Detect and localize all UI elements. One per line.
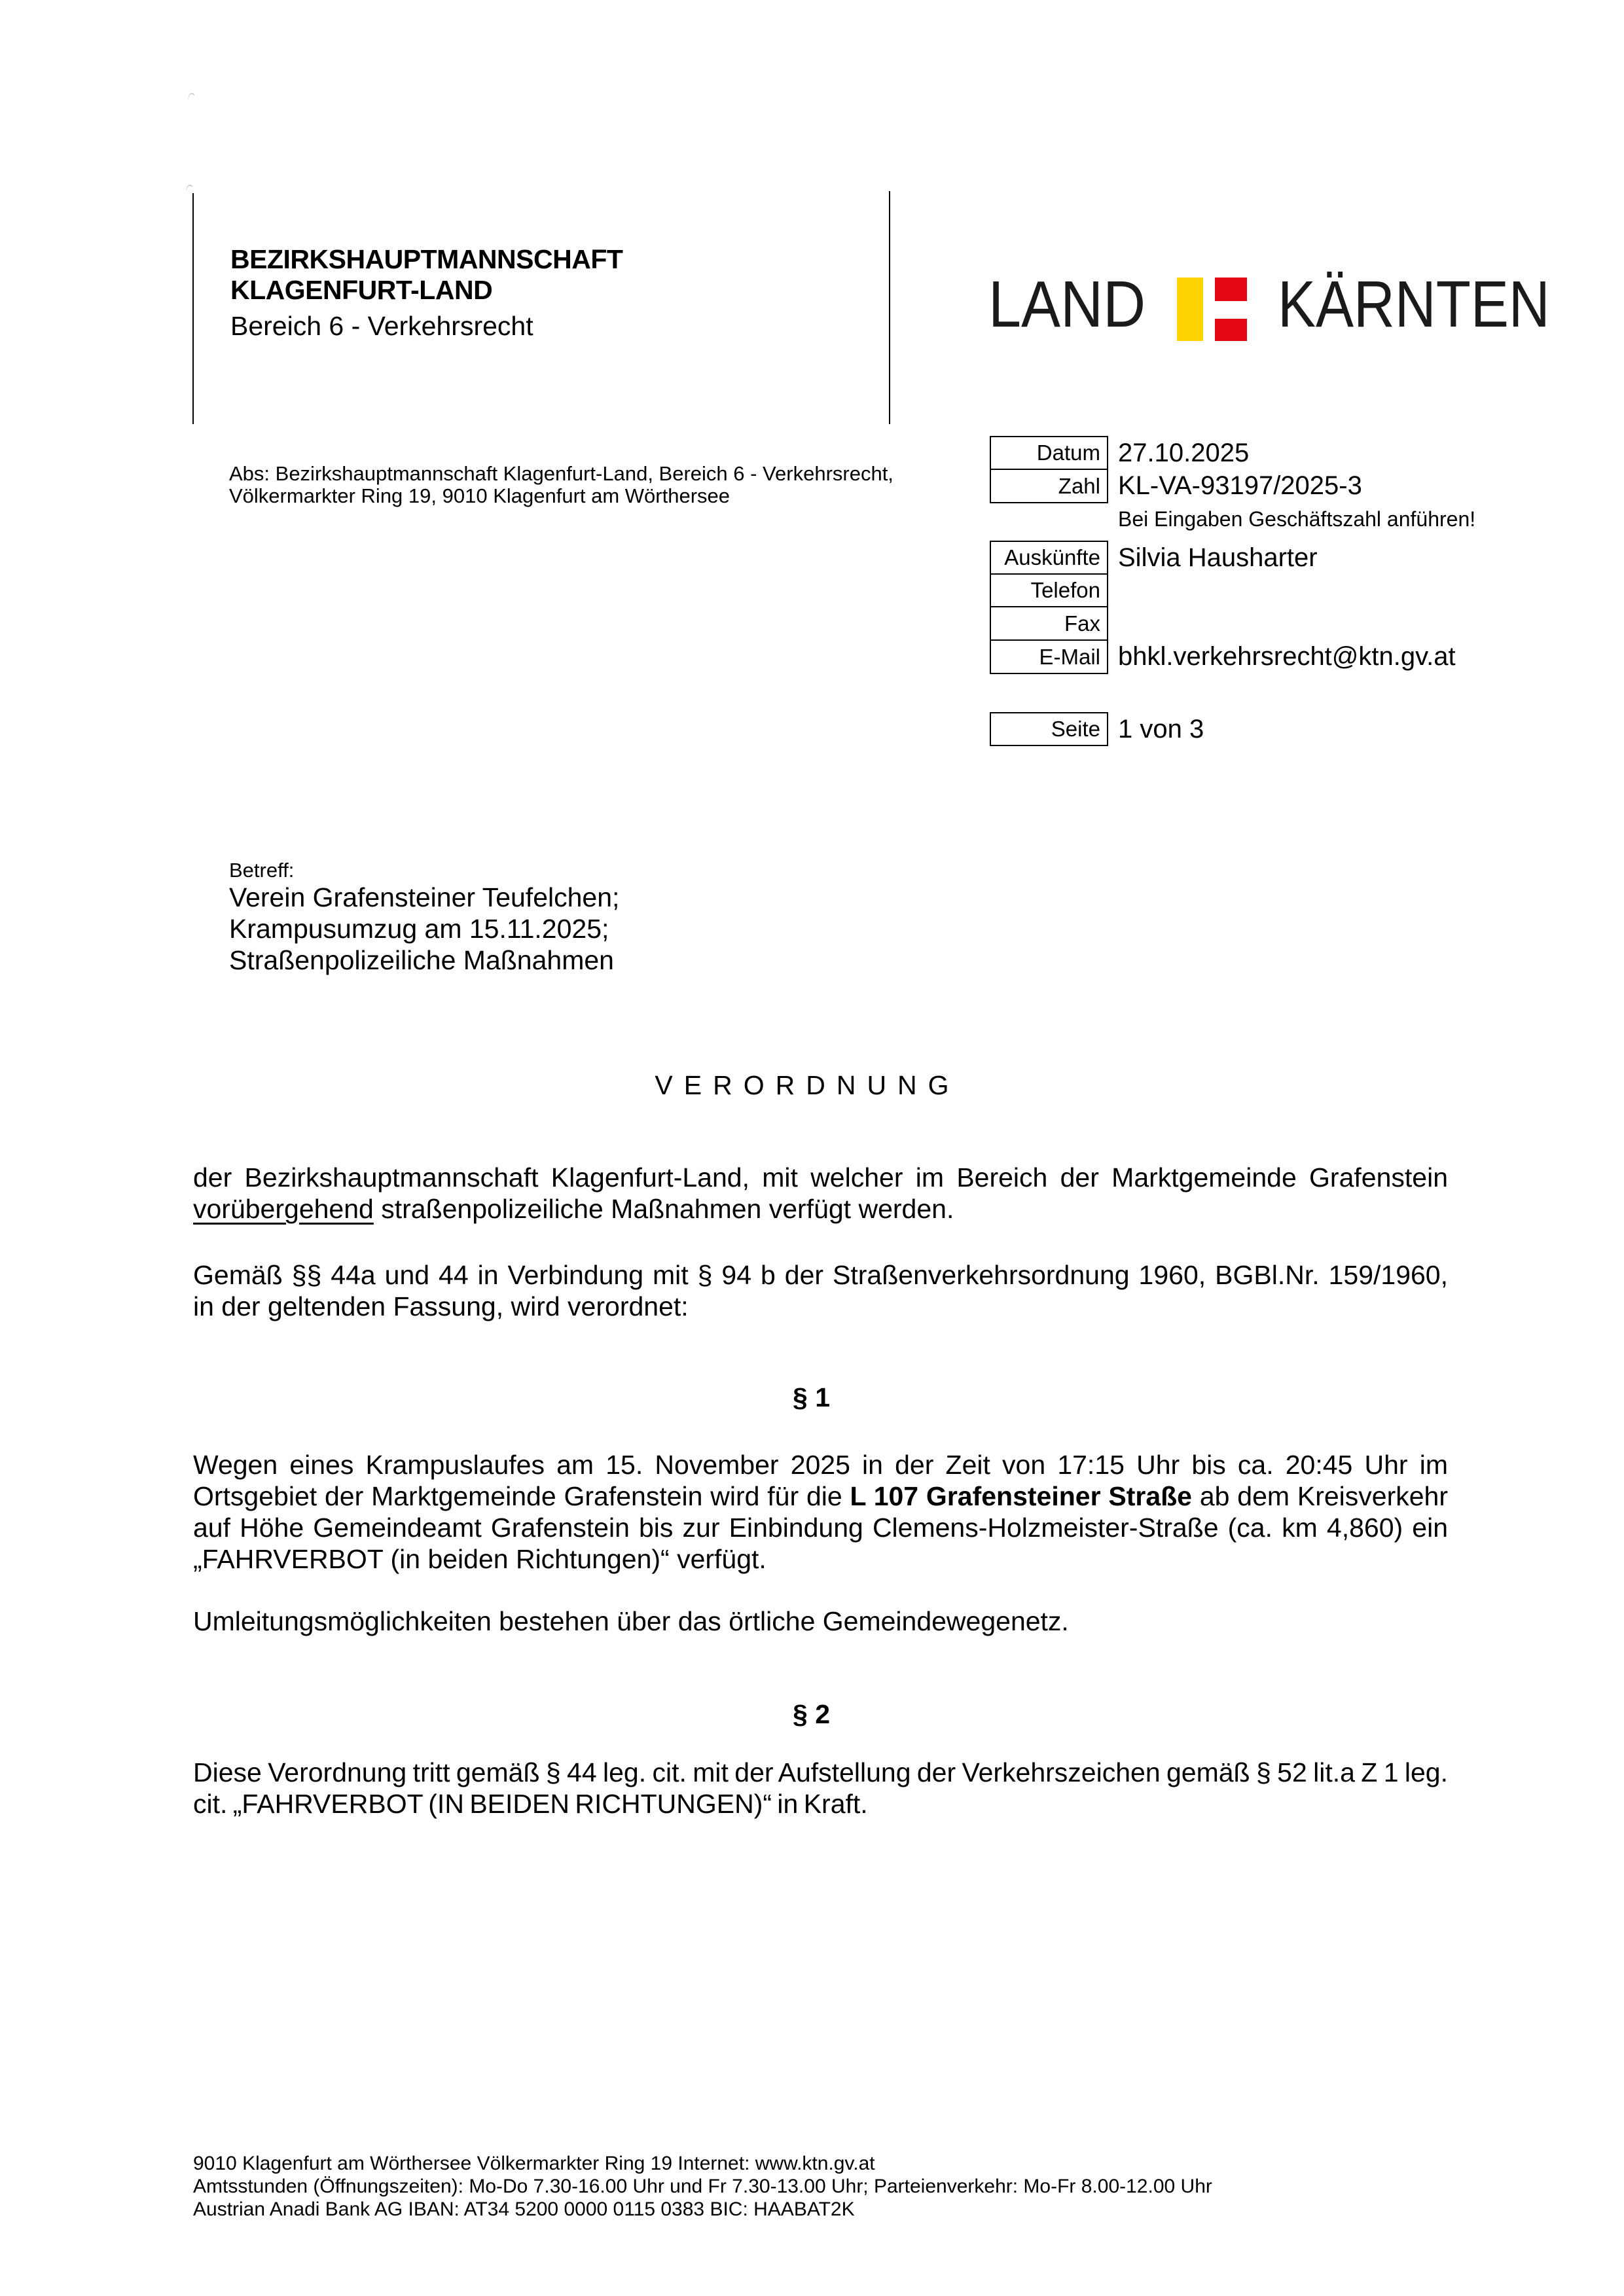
zahl-value: KL-VA-93197/2025-3: [1118, 469, 1615, 503]
telefon-label-box: Telefon: [990, 573, 1108, 607]
fax-label-box: Fax: [990, 606, 1108, 641]
email-label-box: E-Mail: [990, 639, 1108, 674]
auskuenfte-label: Auskünfte: [1004, 545, 1100, 570]
email-label: E-Mail: [1039, 645, 1100, 670]
auskuenfte-value: Silvia Hausharter: [1118, 541, 1615, 575]
subject-line3: Straßenpolizeiliche Maßnahmen: [229, 944, 614, 976]
datum-value: 27.10.2025: [1118, 436, 1615, 470]
seite-label: Seite: [1051, 717, 1100, 742]
telefon-label: Telefon: [1031, 578, 1100, 603]
seite-label-box: Seite: [990, 712, 1108, 746]
fax-label: Fax: [1064, 611, 1100, 636]
seite-value: 1 von 3: [1118, 712, 1615, 746]
detour-paragraph: Umleitungsmöglichkeiten bestehen über da…: [193, 1605, 1448, 1637]
zahl-label-box: Zahl: [990, 469, 1108, 503]
legal-basis-paragraph: Gemäß §§ 44a und 44 in Verbindung mit § …: [193, 1259, 1448, 1322]
email-value: bhkl.verkehrsrecht@ktn.gv.at: [1118, 639, 1615, 674]
section1-road-bold: L 107 Grafensteiner Straße: [850, 1481, 1192, 1511]
intro-post: straßenpolizeiliche Maßnahmen verfügt we…: [374, 1194, 954, 1224]
logo-yellow-bar: [1177, 278, 1203, 341]
org-name-line2: KLAGENFURT-LAND: [230, 274, 492, 306]
auskuenfte-label-box: Auskünfte: [990, 541, 1108, 575]
logo-kaernten-text: KÄRNTEN: [1278, 272, 1550, 337]
subject-line2: Krampusumzug am 15.11.2025;: [229, 913, 609, 944]
telefon-value: [1118, 573, 1615, 607]
scan-artifact: [188, 92, 195, 100]
land-kaernten-logo: LAND: [988, 272, 1163, 337]
letterhead-left-rule: [192, 193, 194, 424]
logo-land-text: LAND: [988, 272, 1146, 337]
footer-address: 9010 Klagenfurt am Wörthersee Völkermark…: [193, 2152, 875, 2175]
datum-label: Datum: [1037, 440, 1100, 465]
org-name-line1: BEZIRKSHAUPTMANNSCHAFT: [230, 243, 623, 275]
sender-line1: Abs: Bezirkshauptmannschaft Klagenfurt-L…: [229, 463, 893, 485]
footer-bank: Austrian Anadi Bank AG IBAN: AT34 5200 0…: [193, 2198, 855, 2221]
section1-paragraph: Wegen eines Krampuslaufes am 15. Novembe…: [193, 1449, 1448, 1575]
section1-heading: § 1: [193, 1382, 1448, 1413]
intro-underlined: vorübergehend: [193, 1194, 374, 1224]
subject-line1: Verein Grafensteiner Teufelchen;: [229, 882, 619, 913]
intro-pre: der Bezirkshauptmannschaft Klagenfurt-La…: [193, 1162, 1448, 1193]
zahl-label: Zahl: [1058, 474, 1100, 499]
geschaeftszahl-note: Bei Eingaben Geschäftszahl anführen!: [1118, 507, 1475, 531]
decree-title: VERORDNUNG: [193, 1069, 1448, 1101]
intro-paragraph: der Bezirkshauptmannschaft Klagenfurt-La…: [193, 1162, 1448, 1225]
logo-kaernten-wrap: KÄRNTEN: [1278, 272, 1591, 337]
datum-label-box: Datum: [990, 436, 1108, 470]
kaernten-logo-mark-icon: [1177, 278, 1247, 341]
scan-artifact: [186, 184, 193, 192]
footer-hours: Amtsstunden (Öffnungszeiten): Mo-Do 7.30…: [193, 2175, 1212, 2198]
sender-line2: Völkermarkter Ring 19, 9010 Klagenfurt a…: [229, 485, 730, 507]
section2-paragraph: Diese Verordnung tritt gemäß § 44 leg. c…: [193, 1757, 1448, 1820]
logo-red-block-bottom: [1215, 319, 1247, 341]
letterhead-right-rule: [889, 191, 890, 424]
logo-red-block-top: [1215, 278, 1247, 301]
fax-value: [1118, 606, 1615, 641]
document-page: BEZIRKSHAUPTMANNSCHAFT KLAGENFURT-LAND B…: [0, 0, 1624, 2296]
section2-heading: § 2: [193, 1698, 1448, 1730]
org-department: Bereich 6 - Verkehrsrecht: [230, 310, 533, 342]
subject-label: Betreff:: [229, 859, 294, 882]
